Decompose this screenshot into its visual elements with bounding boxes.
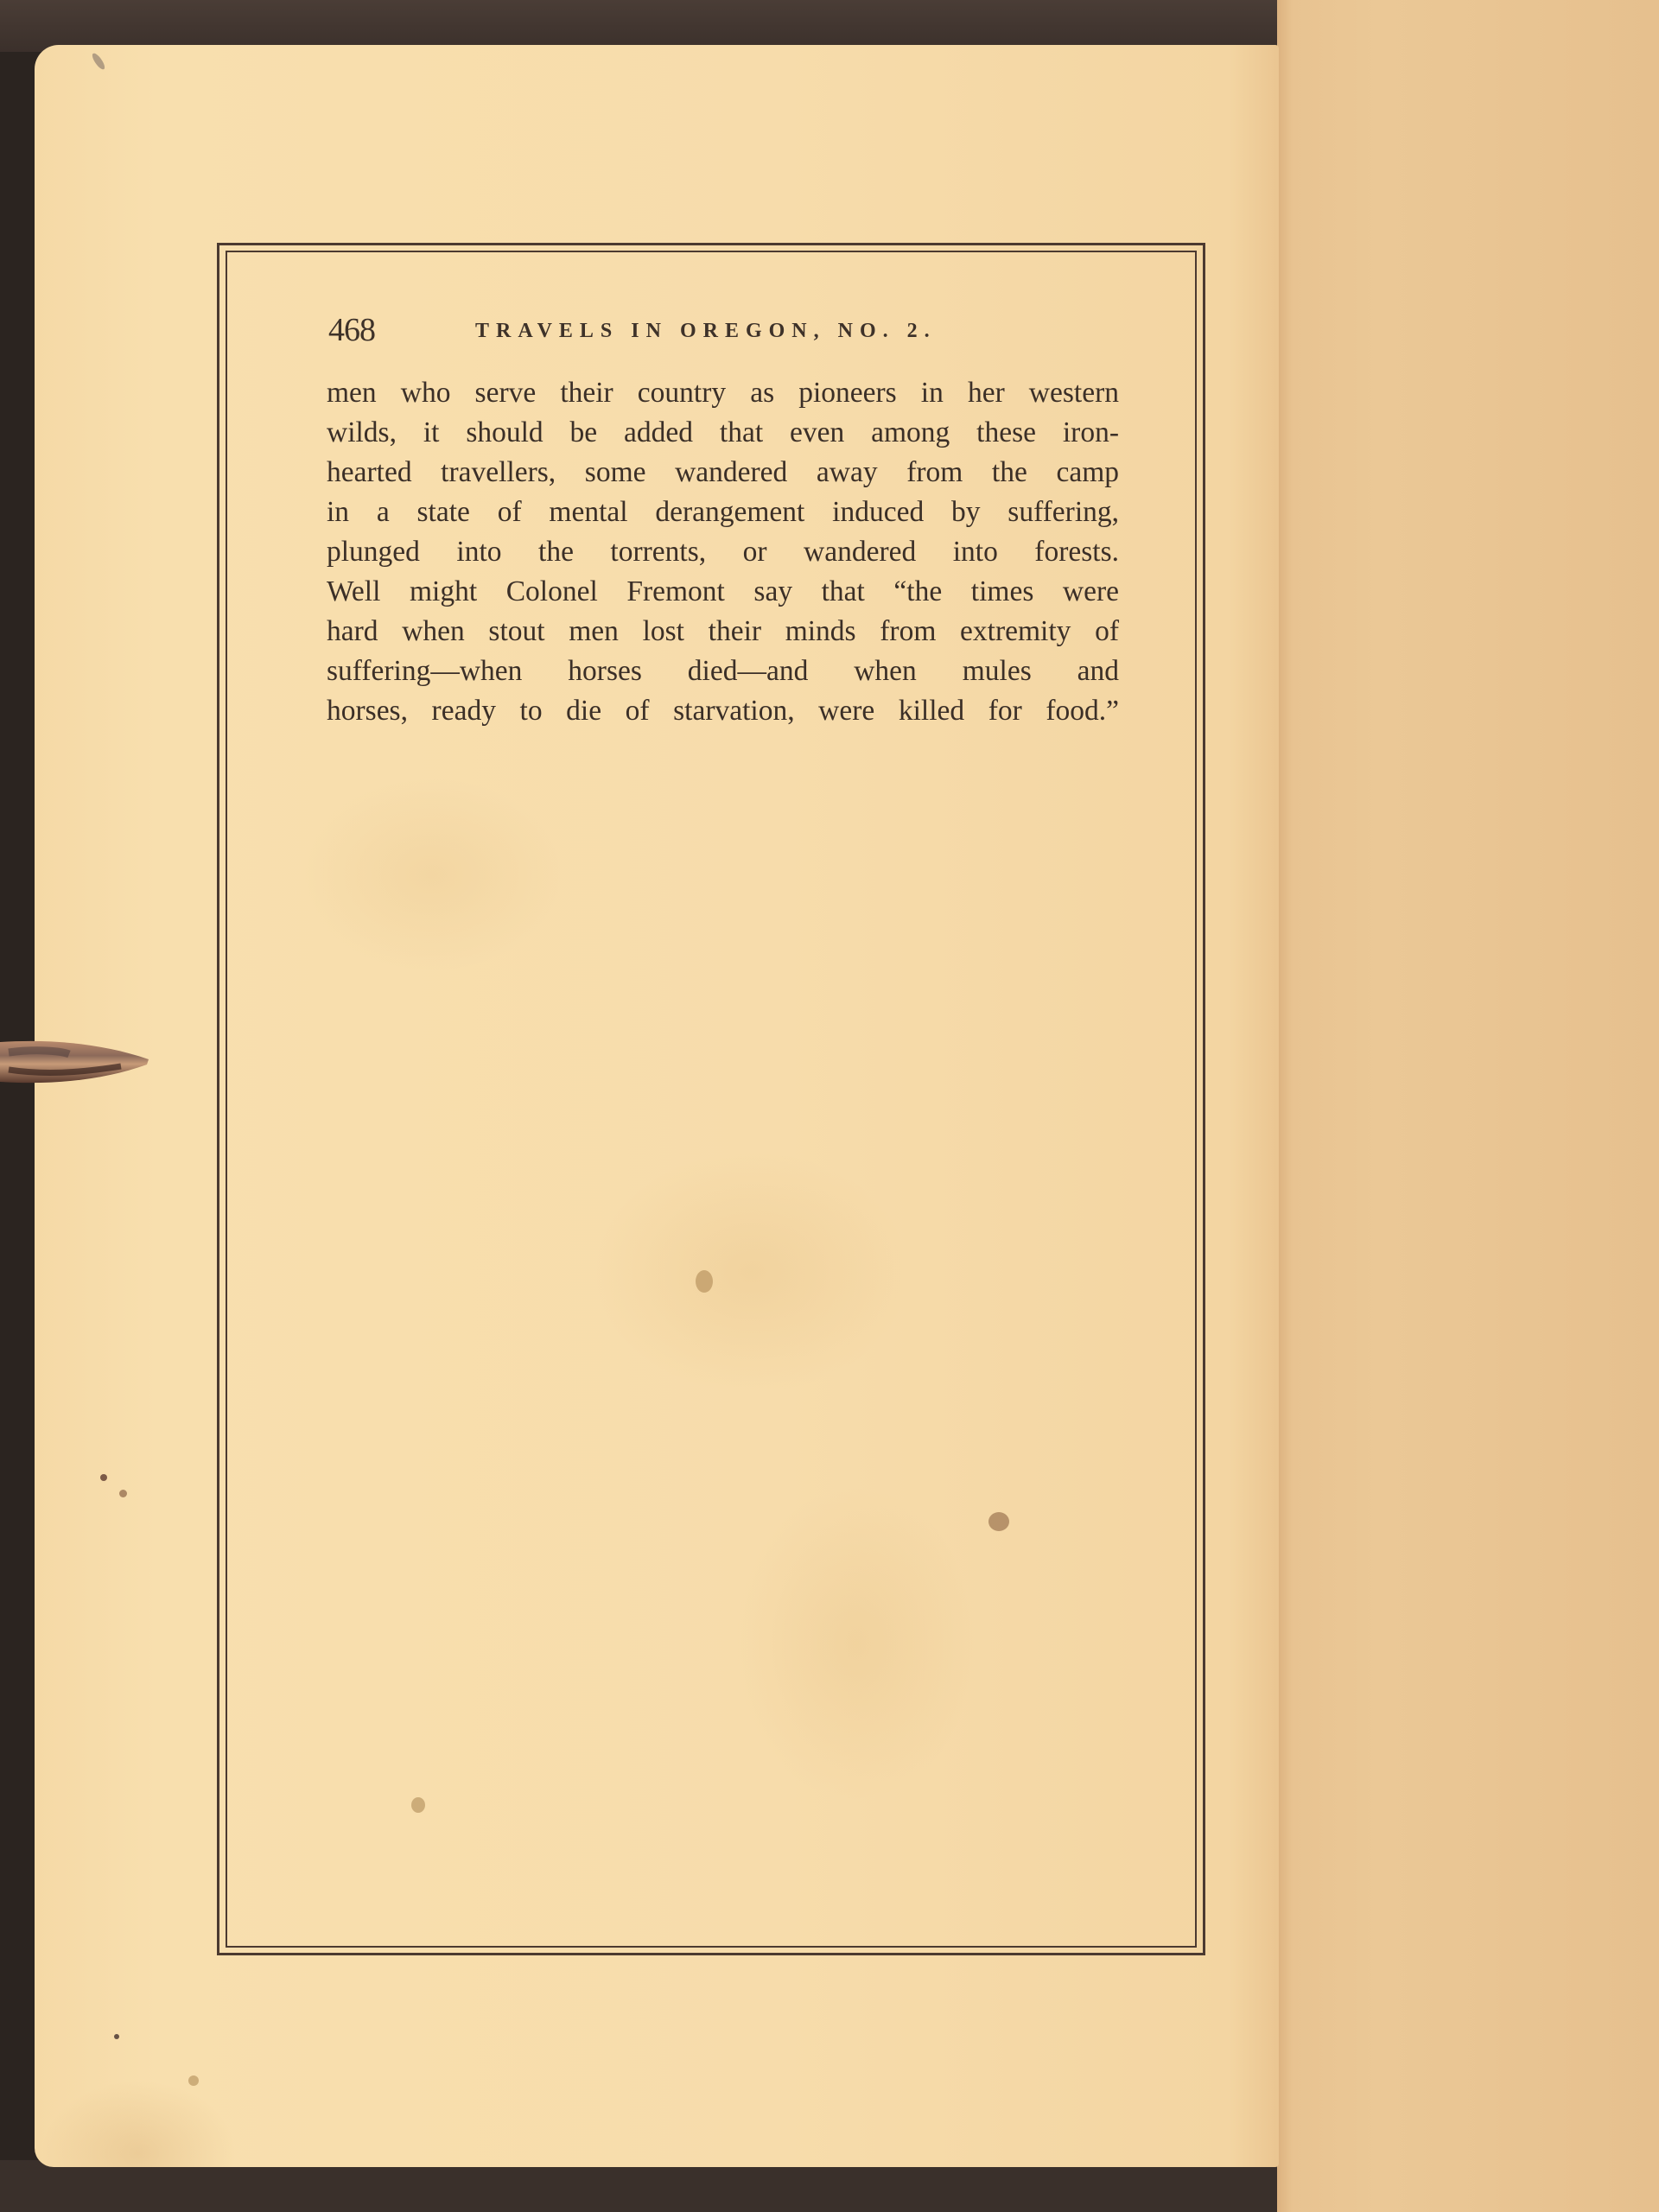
foxing-spot — [114, 2034, 119, 2039]
running-title: TRAVELS IN OREGON, NO. 2. — [475, 320, 937, 343]
foxing-spot — [188, 2075, 199, 2086]
foxing-spot — [90, 52, 106, 72]
facing-page-blank — [1277, 0, 1659, 2212]
foxing-spot — [119, 1490, 127, 1497]
text-line: suffering—when horses died—and when mule… — [327, 652, 1119, 691]
text-line: horses, ready to die of starvation, were… — [327, 691, 1119, 731]
text-line: wilds, it should be added that even amon… — [327, 413, 1119, 453]
text-line: Well might Colonel Fremont say that “the… — [327, 572, 1119, 612]
page-number: 468 — [328, 311, 375, 349]
text-line: in a state of mental derangement induced… — [327, 493, 1119, 532]
foxing-spot — [100, 1474, 107, 1481]
text-line: hard when stout men lost their minds fro… — [327, 612, 1119, 652]
metal-pointer-icon — [0, 1035, 152, 1087]
text-line: men who serve their country as pioneers … — [327, 373, 1119, 413]
background-top — [0, 0, 1279, 52]
background-bottom — [0, 2160, 1313, 2212]
text-line: hearted travellers, some wandered away f… — [327, 453, 1119, 493]
text-line: plunged into the torrents, or wandered i… — [327, 532, 1119, 572]
body-paragraph: men who serve their country as pioneers … — [327, 373, 1119, 731]
